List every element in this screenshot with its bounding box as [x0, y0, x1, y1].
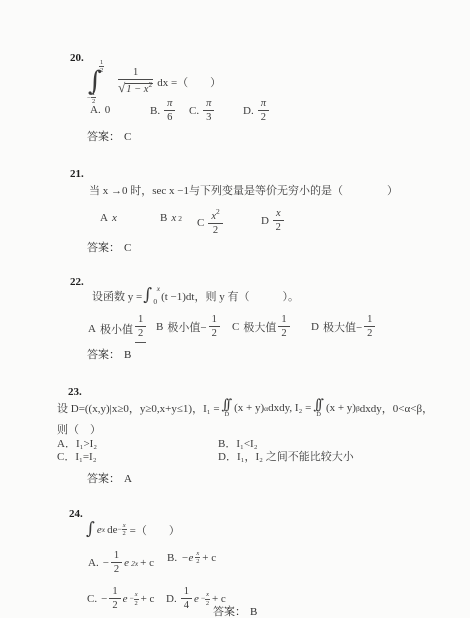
answer-line: 答案：A	[87, 470, 132, 486]
answer-value: B	[124, 349, 131, 361]
option-b: Bx2	[160, 212, 182, 224]
option-b: B. π6	[150, 98, 175, 124]
exam-page: 20. ∫ 1 2 −12 1 √1 − x2 dx =（ ） A.0 B. π…	[0, 0, 470, 618]
formula-tail: =（ ）	[130, 522, 180, 538]
sqrt-expression: √1 − x2	[118, 80, 153, 96]
option-a: A.− 12 e2x + c	[88, 550, 154, 576]
question-number: 24.	[69, 508, 83, 520]
formula-part-4: (x + y)	[326, 402, 356, 414]
exponent: −x2	[117, 522, 126, 537]
integral-upper-limit: x	[157, 284, 160, 293]
question-formula: 设函数 y = ∫ x 0 (t −1)dt，则 y 有（ ）。	[92, 287, 299, 304]
option-c: C．I₁=I₂	[57, 448, 97, 464]
option-d: D极大值− 12	[311, 314, 375, 340]
integral-sign: ∫ x 0	[142, 287, 161, 304]
option-d: D．I₁，I₂ 之间不能比较大小	[218, 448, 354, 464]
option-b: B极小值− 12	[156, 314, 220, 340]
answer-value: C	[124, 131, 131, 143]
option-c: C. π3	[189, 98, 214, 124]
answer-label: 答案：	[87, 349, 120, 361]
integrand-fraction: 1 √1 − x2	[118, 67, 153, 96]
answer-label: 答案：	[87, 131, 120, 143]
option-c: C极大值 12	[232, 314, 290, 340]
integral-sign: ∫ 1 2 −12	[86, 62, 118, 101]
option-a: A极小值 12	[88, 314, 146, 343]
question-text: 当 x →0 时，sec x −1与下列变量是等价无穷小的是（ ）	[89, 182, 398, 198]
question-formula: 设 D=((x,y)|x≥0，y≥0,x+y≤1)，I₁ = ∫∫D (x + …	[57, 398, 433, 419]
question-number: 23.	[68, 386, 82, 398]
option-a: A.0	[90, 104, 110, 116]
answer-label: 答案：	[87, 242, 120, 254]
integral-upper-limit: 1 2	[99, 59, 104, 74]
formula-part-3: dxdy, I₂ =	[268, 402, 311, 414]
option-c: C.− 12 e−x2 + c	[87, 586, 154, 612]
answer-line: 答案：C	[87, 239, 131, 255]
double-integral-sign: ∫∫D	[313, 398, 324, 419]
de-base: de	[107, 524, 117, 536]
double-integral-sign: ∫∫D	[222, 398, 233, 419]
option-d: D. π2	[243, 98, 269, 124]
underlined-fraction: 12	[135, 314, 146, 343]
option-a: Ax	[100, 212, 117, 224]
integral-lower-limit: −12	[87, 90, 96, 105]
question-formula: ∫ ex de−x2 =（ ）	[85, 521, 180, 538]
question-number: 22.	[70, 276, 84, 288]
integral-lower-limit: 0	[153, 297, 157, 306]
formula-part-2: (x + y)	[234, 402, 264, 414]
question-formula: ∫ 1 2 −12 1 √1 − x2 dx =（ ）	[86, 62, 221, 101]
formula-tail: dx =（ ）	[157, 74, 221, 90]
formula-post: (t −1)dt，则 y 有（ ）。	[161, 288, 299, 304]
formula-part-5: dxdy，0<α<β，	[360, 400, 433, 416]
formula-part-1: 设 D=((x,y)|x≥0，y≥0,x+y≤1)，I₁ =	[57, 400, 220, 416]
answer-value: B	[250, 606, 257, 618]
answer-line: 答案：C	[87, 128, 131, 144]
integral-sign: ∫	[85, 521, 97, 538]
answer-value: A	[124, 473, 132, 485]
option-b: B.−ex2 + c	[167, 550, 216, 565]
answer-line: 答案：B	[213, 603, 257, 618]
answer-value: C	[124, 242, 131, 254]
option-c: C x22	[197, 208, 223, 237]
answer-label: 答案：	[213, 606, 246, 618]
answer-line: 答案：B	[87, 346, 131, 362]
answer-label: 答案：	[87, 473, 120, 485]
x-exponent: x	[102, 525, 105, 534]
question-number: 20.	[70, 52, 84, 64]
question-number: 21.	[70, 168, 84, 180]
formula-pre: 设函数 y =	[92, 288, 142, 304]
option-d: D x2	[261, 208, 284, 234]
